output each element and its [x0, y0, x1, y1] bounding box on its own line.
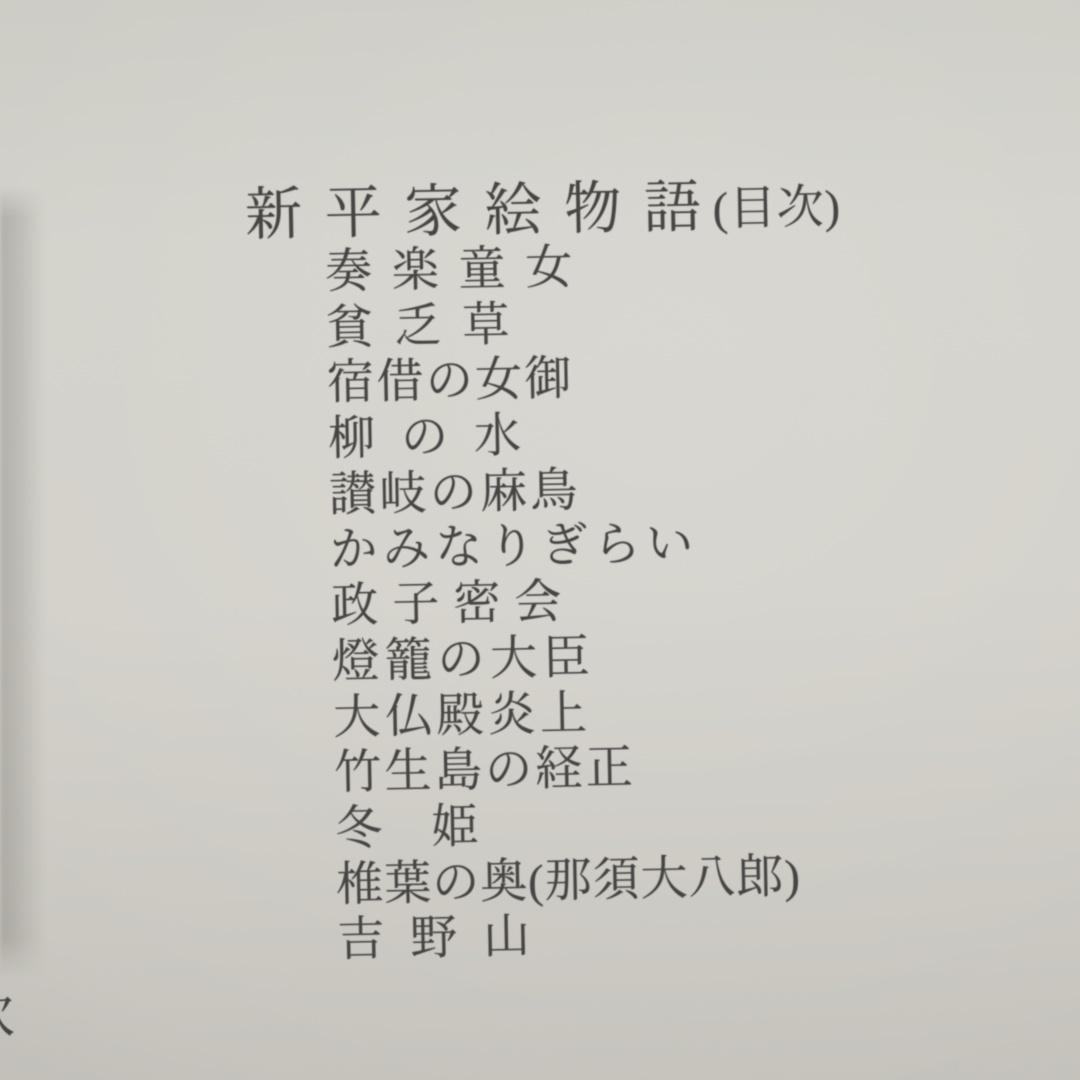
toc-entry: 政子密会	[331, 571, 797, 635]
toc-entry: 燈籠の大臣	[332, 627, 798, 691]
book-page-photo: 新平家絵物語(目次) 奏楽童女貧乏草宿借の女御柳の水讃岐の麻鳥かみなりぎらい政子…	[0, 0, 1080, 1080]
toc-entry: 冬姫	[335, 794, 801, 858]
toc-entry: 吉野山	[337, 905, 803, 969]
toc-entry: 大仏殿炎上	[333, 683, 799, 747]
toc-entry: 貧乏草	[326, 293, 792, 357]
toc-entry: 椎葉の奥(那須大八郎)	[336, 850, 802, 914]
page-title-main: 新平家絵物語	[244, 175, 724, 247]
toc-entry: かみなりぎらい	[330, 515, 796, 579]
toc-entry: 讃岐の麻鳥	[329, 460, 795, 524]
toc-entry: 柳の水	[328, 404, 794, 468]
toc-entry: 竹生島の経正	[334, 738, 800, 802]
page-title-suffix: (目次)	[712, 181, 841, 235]
toc-entry: 奏楽童女	[325, 237, 791, 301]
toc-entry-list: 奏楽童女貧乏草宿借の女御柳の水讃岐の麻鳥かみなりぎらい政子密会燈籠の大臣大仏殿炎…	[325, 237, 803, 969]
toc-entry: 宿借の女御	[327, 348, 793, 412]
toc-page: 新平家絵物語(目次) 奏楽童女貧乏草宿借の女御柳の水讃岐の麻鳥かみなりぎらい政子…	[0, 0, 1080, 1080]
